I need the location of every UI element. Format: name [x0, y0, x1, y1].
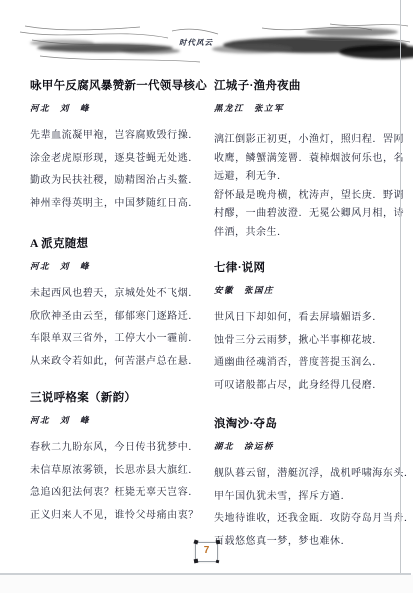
verse-line: 春秋二九盼东风，今日传书犹梦中． [30, 443, 208, 453]
verse-line: 急追凶犯法何衷？枉毙无辜天岂容． [30, 488, 208, 498]
verse-line: 舰队暮云留，潜艇沉浮，战机呼啸海东头． [214, 469, 406, 479]
poem-author: 湖北 涂运桥 [214, 440, 406, 452]
poem-author: 安徽 张国庄 [214, 284, 404, 296]
verse-line: 欣欣神圣由云至，郁郁寒门逐路迁． [30, 312, 208, 322]
poem-langtaosha: 浪淘沙·夺岛 湖北 涂运桥 舰队暮云留，潜艇沉浮，战机呼啸海东头． 甲午国仇犹未… [214, 418, 406, 559]
poem-title: 七律·说网 [214, 262, 404, 275]
verse-line: 涂金老虎原形现，逐臭苍蝇无处逃． [30, 154, 208, 164]
poem-title: 浪淘沙·夺岛 [214, 418, 406, 431]
verse-line: 未信草原浓雾锁，长思赤县大旗红． [30, 466, 208, 476]
plaque-corner-mark [216, 560, 220, 564]
poem-title: 咏甲午反腐风暴赞新一代领导核心 [30, 80, 208, 93]
poem-author: 河北 刘 峰 [30, 260, 208, 272]
verse-line: 神州幸得英明主，中国梦随红日高． [30, 199, 208, 209]
poem-yong-jiawu: 咏甲午反腐风暴赞新一代领导核心 河北 刘 峰 先辈血流凝甲袍，岂容腐败毁行操． … [30, 80, 208, 221]
verse-line: 未起西风也碧天，京城处处不飞烟． [30, 289, 208, 299]
verse-line: 正义归来人不见，谁怜父母痛由衷？ [30, 511, 208, 521]
verse-line: 甲午国仇犹未雪，挥斥方遒． [214, 492, 406, 502]
poem-huge-an: 三说呼格案（新韵） 河北 刘 峰 春秋二九盼东风，今日传书犹梦中． 未信草原浓雾… [30, 392, 208, 533]
banner-caption: 时代风云 [179, 37, 213, 48]
ci-stanza: 漓江倒影正初更，小渔灯，照归程．罟网收鹰，鳞蟹满笼罾．蓑棹烟波何乐也，名远避，利… [214, 131, 404, 187]
poem-author: 黑龙江 张立军 [214, 102, 404, 114]
verse-line: 先辈血流凝甲袍，岂容腐败毁行操． [30, 131, 208, 141]
verse-line: 世风日下却如何，看去屏墙媚语多． [214, 313, 404, 323]
verse-line: 车限单双三省外，工停大小一霾前． [30, 334, 208, 344]
poem-apec-suixiang: A 派克随想 河北 刘 峰 未起西风也碧天，京城处处不飞烟． 欣欣神圣由云至，郁… [30, 238, 208, 379]
poem-title: 江城子·渔舟夜曲 [214, 80, 404, 93]
poem-title: A 派克随想 [30, 238, 208, 251]
page-number: 7 [196, 545, 217, 556]
verse-line: 蚀骨三分云雨梦，揪心半事柳花坡． [214, 336, 404, 346]
plaque-corner-mark [193, 539, 198, 544]
verse-line: 勤政为民扶社稷，励精图治占头鳌． [30, 176, 208, 186]
plaque-corner-mark [194, 559, 199, 564]
poem-title: 三说呼格案（新韵） [30, 392, 208, 405]
poem-author: 河北 刘 峰 [30, 414, 208, 426]
verse-line: 百载悠悠真一梦，梦也难休． [214, 537, 406, 547]
verse-line: 通幽曲径魂消否，普度菩提玉润么． [214, 358, 404, 368]
page-edge-right [400, 0, 401, 575]
header-banner: 时代风云 [0, 18, 413, 68]
verse-line: 失地待谁收，还我金瓯．攻防夺岛月当舟． [214, 514, 406, 524]
poem-qilv-shuowang: 七律·说网 安徽 张国庄 世风日下却如何，看去屏墙媚语多． 蚀骨三分云雨梦，揪心… [214, 262, 404, 403]
ci-stanza: 舒怀最是晚舟横，枕涛声，望长庚．野调村醪，一曲碧波澄．无冕公卿风月相，诗伴酒，共… [214, 187, 404, 243]
verse-line: 从来政令若如此，何苦湛卢总在悬． [30, 357, 208, 367]
poem-author: 河北 刘 峰 [30, 102, 208, 114]
verse-line: 可叹诸般都占尽，此身经得几侵磨． [214, 381, 404, 391]
poem-jiangchengzi: 江城子·渔舟夜曲 黑龙江 张立军 漓江倒影正初更，小渔灯，照归程．罟网收鹰，鳞蟹… [214, 80, 404, 243]
page-edge-margin [0, 575, 413, 593]
scanned-page: 时代风云 咏甲午反腐风暴赞新一代领导核心 河北 刘 峰 先辈血流凝甲袍，岂容腐败… [0, 0, 413, 593]
page-number-plaque: 7 [195, 542, 218, 562]
